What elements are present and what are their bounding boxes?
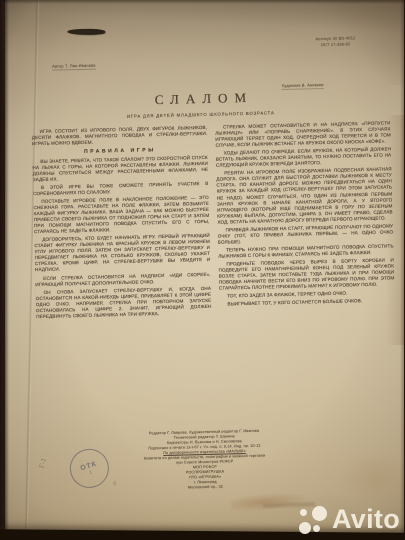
article-number-block: Артикул 30 ВО-4612 ОСТ 17-296-65 xyxy=(295,35,375,49)
avito-wordmark: Avito xyxy=(332,506,400,536)
rules-paragraph: ВЫ ЗНАЕТЕ, РЕБЯТА, ЧТО ТАКОЕ СЛАЛОМ? ЭТО… xyxy=(32,155,208,183)
paper-sheet: Автор Т. Пве-Иванова Артикул 30 ВО-4612 … xyxy=(5,0,404,534)
avito-watermark: Avito xyxy=(299,506,400,536)
avito-dot-icon xyxy=(299,522,311,534)
rules-paragraph: ХОДЫ ДЕЛАЮТ ПО ОЧЕРЕДИ. ЕСЛИ КРУЖОК, НА … xyxy=(216,147,392,169)
rules-paragraph: ДОГОВОРИТЕСЬ, КТО БУДЕТ НАЧИНАТЬ ИГРУ. П… xyxy=(34,233,210,274)
rules-paragraph: РЕБЯТА! НА ИГРОВОМ ПОЛЕ ИЗОБРАЖЕНА ПОДВЕ… xyxy=(216,167,393,226)
right-column: СТРЕЛКА МОЖЕТ ОСТАНОВИТЬСЯ И НА НАДПИСЯХ… xyxy=(215,120,395,317)
marker-redaction-mark xyxy=(67,28,105,35)
pencil-mark: Г-1 xyxy=(38,457,48,469)
rules-paragraph: ПРОДЕНЬТЕ ПОВОДОК ЧЕРЕЗ ВЫРЕЗ В БОРТУ КО… xyxy=(218,257,394,292)
rules-paragraph: ОН СНОВА ЗАПУСКАЕТ СТРЕЛКУ-ВЕРТУШКУ И, К… xyxy=(36,285,212,320)
rules-paragraph: ИГРА СОСТОИТ ИЗ ИГРОВОГО ПОЛЯ, ДВУХ ФИГУ… xyxy=(32,125,208,147)
photo-frame: Автор Т. Пве-Иванова Артикул 30 ВО-4612 … xyxy=(0,0,405,540)
rules-paragraph: ПРИВЕДЯ ЛЫЖНИКОВ НА СТАРТ, ИГРАЮЩИЕ ПОЛУ… xyxy=(218,223,394,245)
avito-dot-icon xyxy=(313,525,320,532)
avito-dot-icon xyxy=(300,509,307,516)
rules-paragraph: ПОСТАВЬТЕ ИГРОВОЕ ПОЛЕ В НАКЛОННОЕ ПОЛОЖ… xyxy=(33,195,209,236)
stamp-number: 1 xyxy=(88,469,92,475)
avito-logo-icon xyxy=(299,506,327,536)
rules-paragraph: СТРЕЛКА МОЖЕТ ОСТАНОВИТЬСЯ И НА НАДПИСЯХ… xyxy=(215,120,391,148)
page-content: Автор Т. Пве-Иванова Артикул 30 ВО-4612 … xyxy=(0,0,405,539)
avito-dot-icon xyxy=(312,506,327,521)
left-column: ИГРА СОСТОИТ ИЗ ИГРОВОГО ПОЛЯ, ДВУХ ФИГУ… xyxy=(32,125,212,322)
imprint-block: Редактор Г. Лаврова. Художественный реда… xyxy=(101,428,308,493)
ost-number: ОСТ 17-296-65 xyxy=(296,41,376,49)
rules-columns: ИГРА СОСТОИТ ИЗ ИГРОВОГО ПОЛЯ, ДВУХ ФИГУ… xyxy=(32,120,396,322)
author-credit: Автор Т. Пве-Иванова xyxy=(52,63,96,71)
